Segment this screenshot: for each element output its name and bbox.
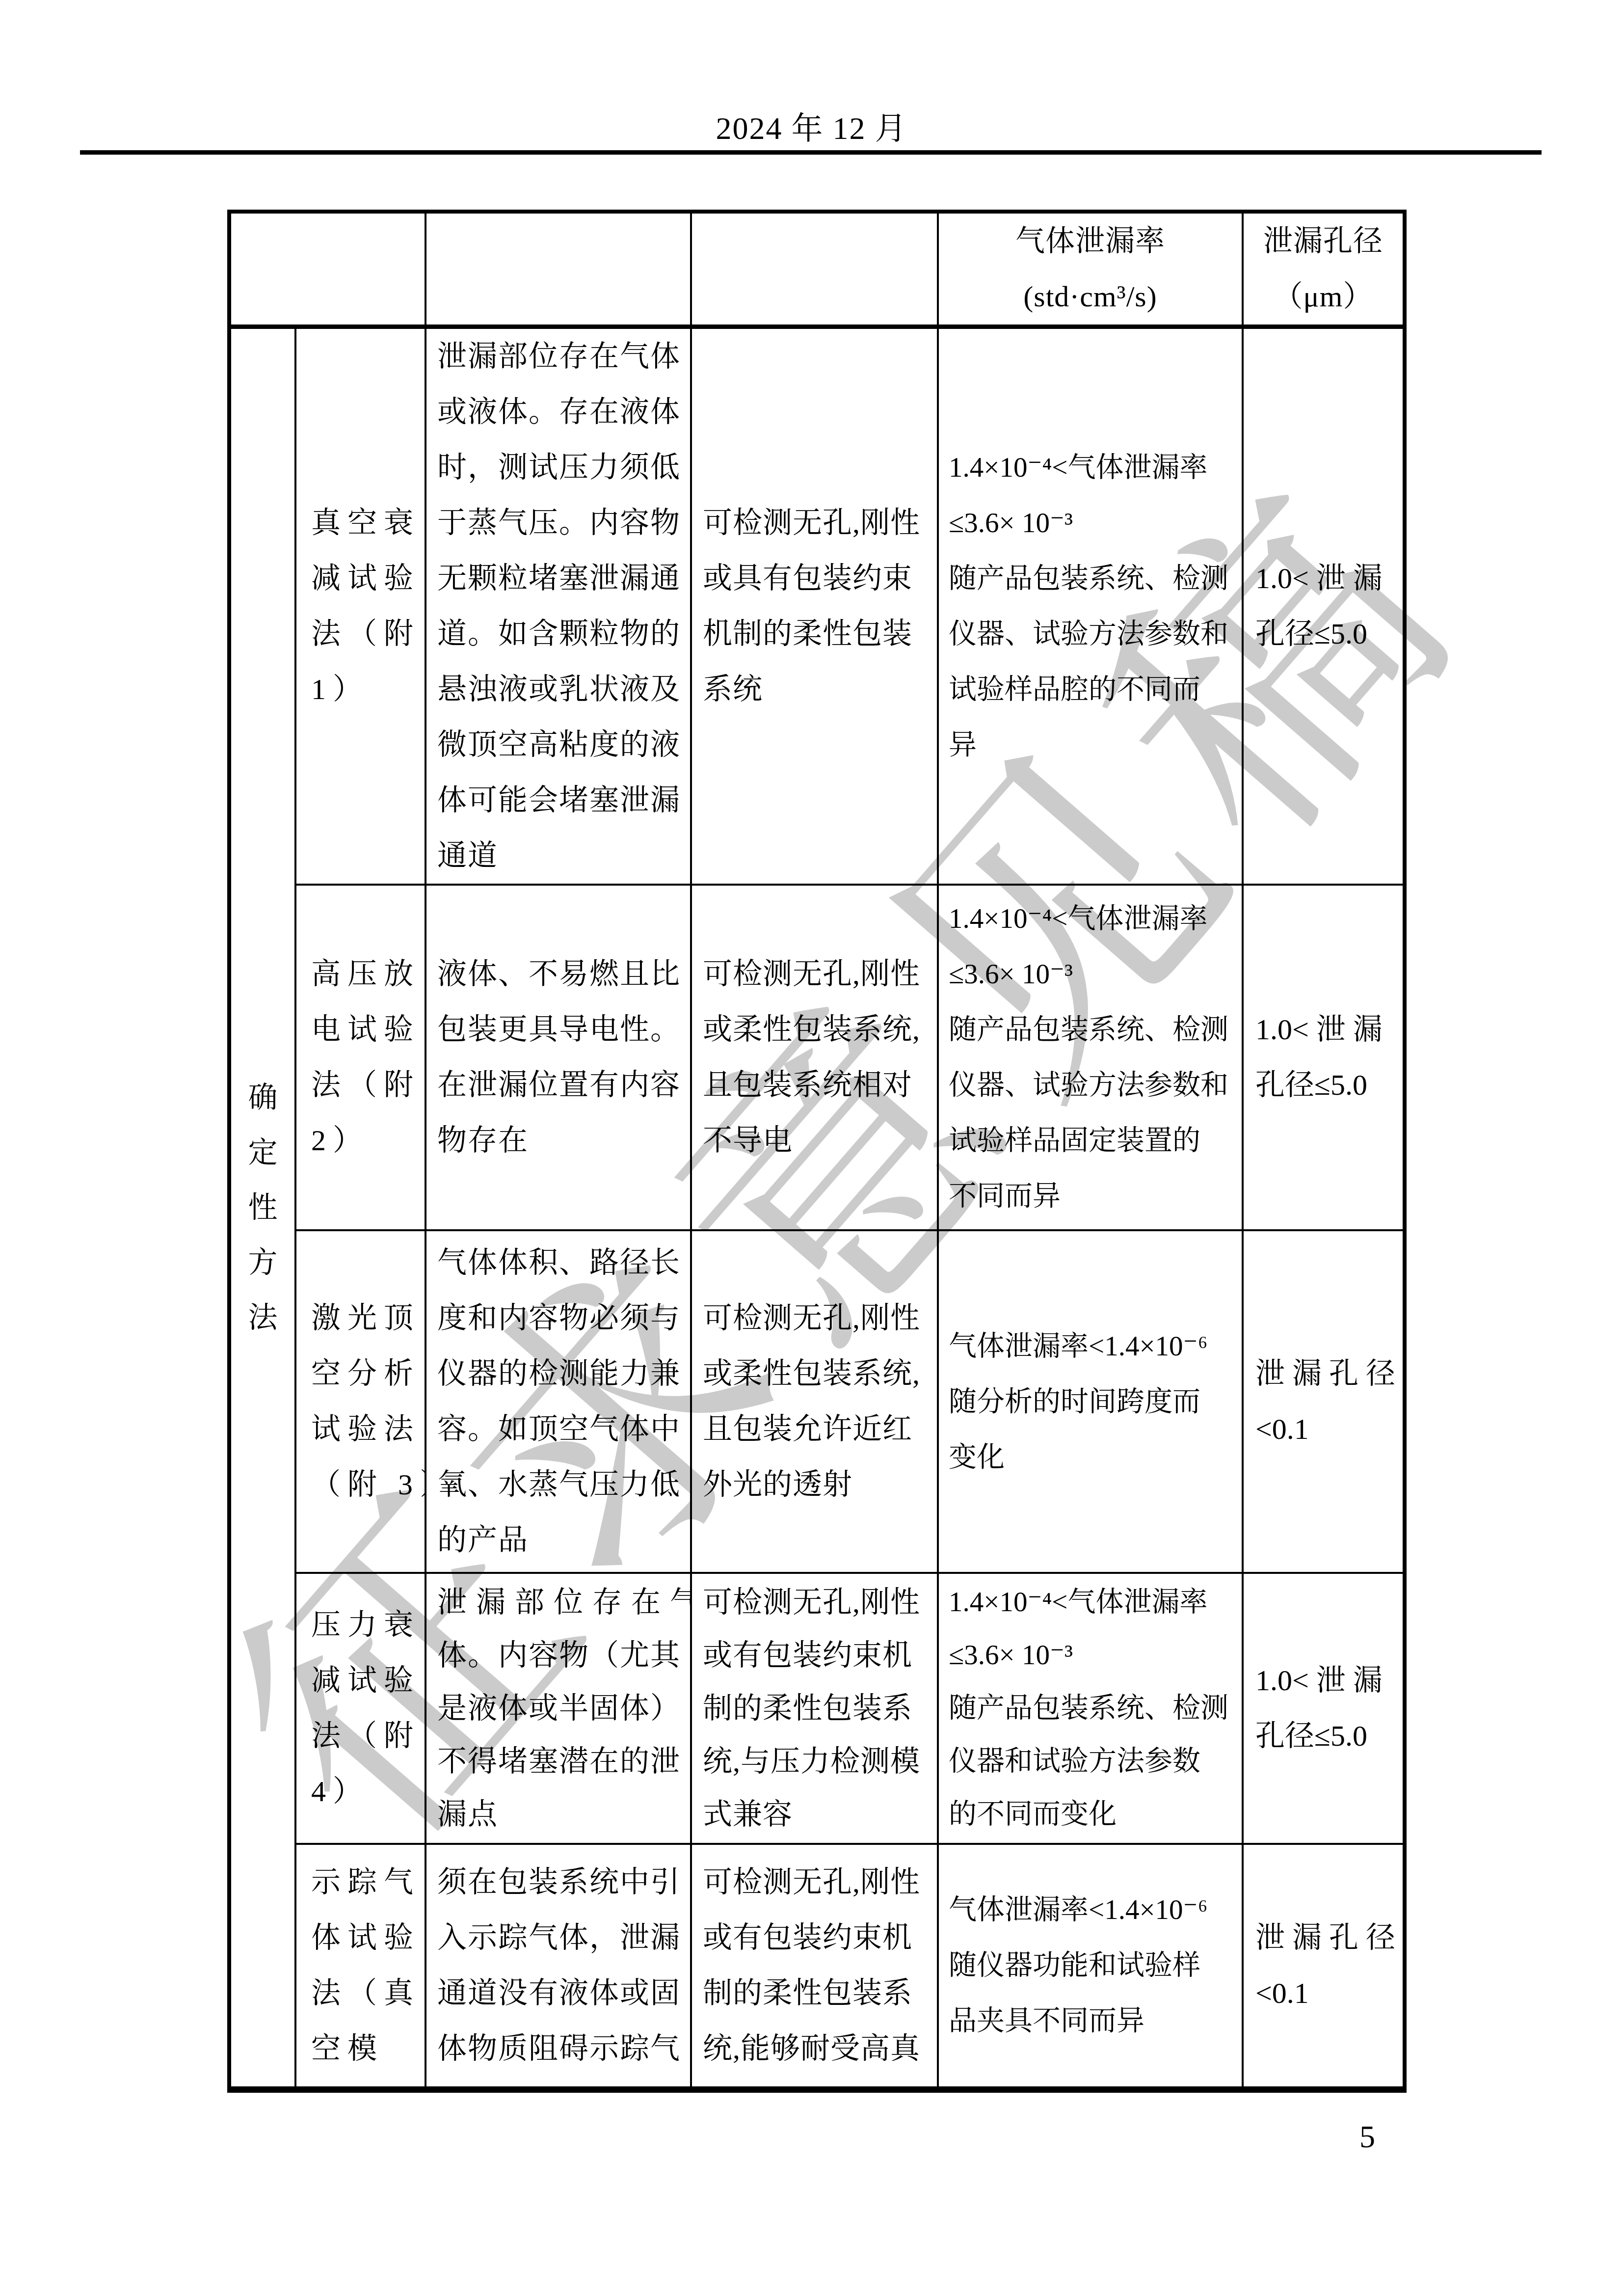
table-row: 示踪气 体试验 法（真 空模 须在包装系统中引 入示踪气体，泄漏 通道没有液体或… xyxy=(229,1844,1405,2089)
row-group-label-cell: 确 定 性 方 法 xyxy=(229,327,295,2090)
leak-test-methods-table: 气体泄漏率 (std·cm³/s) 泄漏孔径 （μm） 确 定 性 方 法 真空… xyxy=(227,210,1407,2093)
document-page: 2024 年 12 月 征求意见稿 气体泄漏率 (std·cm³/s) 泄漏孔径… xyxy=(0,0,1623,2296)
table-row: 激光顶 空分析 试验法 （附 3） 气体体积、路径长 度和内容物必须与 仪器的检… xyxy=(229,1230,1405,1573)
leak-aperture-cell: 1.0< 泄 漏 孔径≤5.0 xyxy=(1243,327,1405,885)
content-requirement-cell: 气体体积、路径长 度和内容物必须与 仪器的检测能力兼 容。如顶空气体中 氧、水蒸… xyxy=(426,1230,691,1573)
leak-aperture-cell: 泄 漏 孔 径 <0.1 xyxy=(1243,1230,1405,1573)
leak-aperture-cell: 泄 漏 孔 径 <0.1 xyxy=(1243,1844,1405,2089)
header-empty-cell xyxy=(426,212,691,327)
header-leak-aperture: 泄漏孔径 （μm） xyxy=(1243,212,1405,327)
header-empty-cell xyxy=(229,212,426,327)
table-row: 确 定 性 方 法 真空衰 减试验 法（附 1） 泄漏部位存在气体 或液体。存在… xyxy=(229,327,1405,885)
table-row: 压力衰 减试验 法（附 4） 泄 漏 部 位 存 在 气 体。内容物（尤其 是液… xyxy=(229,1573,1405,1844)
applicable-packaging-cell: 可检测无孔,刚性 或具有包装约束 机制的柔性包装 系统 xyxy=(691,327,938,885)
gas-leak-rate-cell: 气体泄漏率<1.4×10⁻⁶ 随分析的时间跨度而 变化 xyxy=(938,1230,1243,1573)
method-cell: 真空衰 减试验 法（附 1） xyxy=(295,327,426,885)
method-cell: 激光顶 空分析 试验法 （附 3） xyxy=(295,1230,426,1573)
gas-leak-rate-cell: 气体泄漏率<1.4×10⁻⁶ 随仪器功能和试验样 品夹具不同而异 xyxy=(938,1844,1243,2089)
header-gas-leak-rate: 气体泄漏率 (std·cm³/s) xyxy=(938,212,1243,327)
page-header-date: 2024 年 12 月 xyxy=(0,111,1623,146)
method-cell: 压力衰 减试验 法（附 4） xyxy=(295,1573,426,1844)
header-rule xyxy=(80,150,1542,155)
deterministic-methods-label: 确 定 性 方 法 xyxy=(231,1070,294,1345)
gas-leak-rate-cell: 1.4×10⁻⁴<气体泄漏率 ≤3.6× 10⁻³ 随产品包装系统、检测 仪器和… xyxy=(938,1573,1243,1844)
applicable-packaging-cell: 可检测无孔,刚性 或有包装约束机 制的柔性包装系 统,与压力检测模 式兼容 xyxy=(691,1573,938,1844)
method-cell: 示踪气 体试验 法（真 空模 xyxy=(295,1844,426,2089)
gas-leak-rate-cell: 1.4×10⁻⁴<气体泄漏率 ≤3.6× 10⁻³ 随产品包装系统、检测 仪器、… xyxy=(938,327,1243,885)
table-header-row: 气体泄漏率 (std·cm³/s) 泄漏孔径 （μm） xyxy=(229,212,1405,327)
content-requirement-cell: 液体、不易燃且比 包装更具导电性。 在泄漏位置有内容 物存在 xyxy=(426,885,691,1230)
content-requirement-cell: 须在包装系统中引 入示踪气体，泄漏 通道没有液体或固 体物质阻碍示踪气 xyxy=(426,1844,691,2089)
content-requirement-cell: 泄 漏 部 位 存 在 气 体。内容物（尤其 是液体或半固体） 不得堵塞潜在的泄… xyxy=(426,1573,691,1844)
applicable-packaging-cell: 可检测无孔,刚性 或柔性包装系统, 且包装允许近红 外光的透射 xyxy=(691,1230,938,1573)
leak-aperture-cell: 1.0< 泄 漏 孔径≤5.0 xyxy=(1243,1573,1405,1844)
content-requirement-cell: 泄漏部位存在气体 或液体。存在液体 时，测试压力须低 于蒸气压。内容物 无颗粒堵… xyxy=(426,327,691,885)
header-empty-cell xyxy=(691,212,938,327)
page-number: 5 xyxy=(1359,2120,1375,2154)
applicable-packaging-cell: 可检测无孔,刚性 或柔性包装系统, 且包装系统相对 不导电 xyxy=(691,885,938,1230)
gas-leak-rate-cell: 1.4×10⁻⁴<气体泄漏率 ≤3.6× 10⁻³ 随产品包装系统、检测 仪器、… xyxy=(938,885,1243,1230)
method-cell: 高压放 电试验 法（附 2） xyxy=(295,885,426,1230)
leak-aperture-cell: 1.0< 泄 漏 孔径≤5.0 xyxy=(1243,885,1405,1230)
applicable-packaging-cell: 可检测无孔,刚性 或有包装约束机 制的柔性包装系 统,能够耐受高真 xyxy=(691,1844,938,2089)
table-row: 高压放 电试验 法（附 2） 液体、不易燃且比 包装更具导电性。 在泄漏位置有内… xyxy=(229,885,1405,1230)
